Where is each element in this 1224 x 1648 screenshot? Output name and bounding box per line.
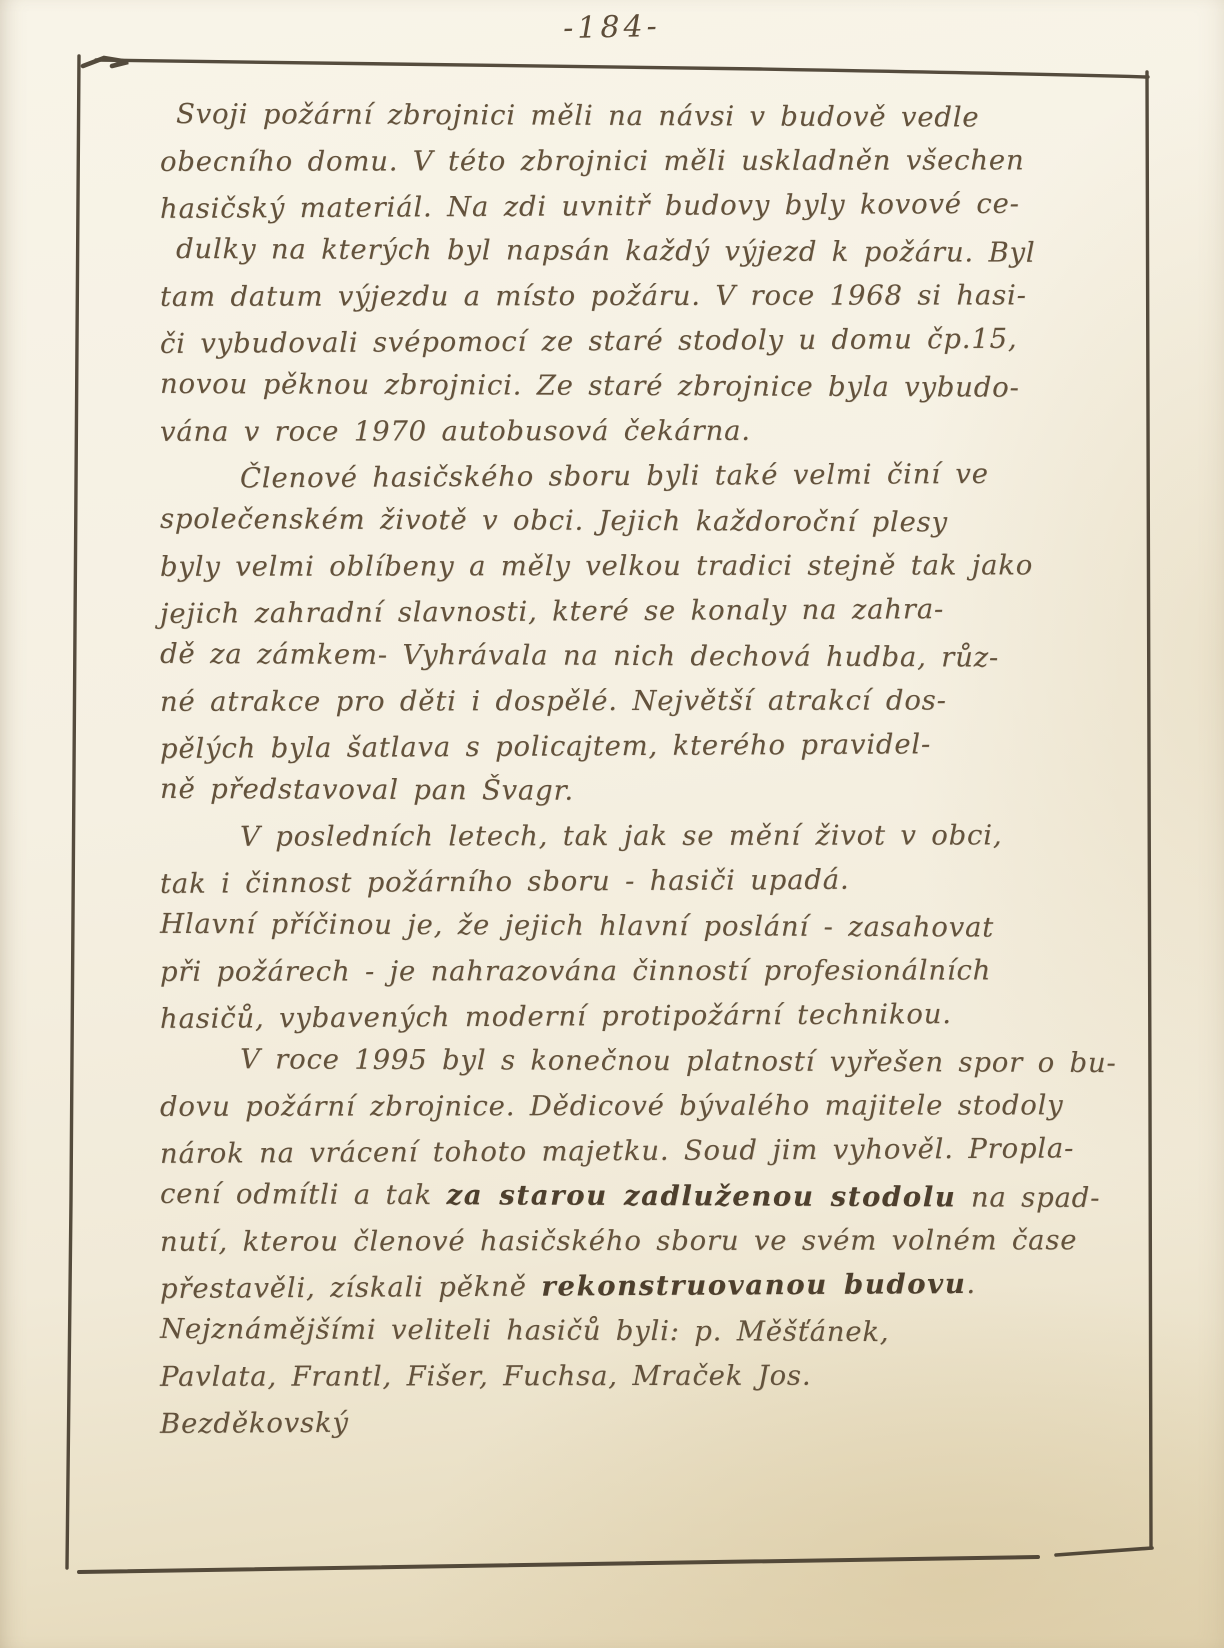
text-line: ně představoval pan Švagr. bbox=[160, 767, 1118, 816]
text-segment: ně představoval pan Švagr. bbox=[160, 773, 574, 807]
text-segment: byly velmi oblíbeny a měly velkou tradic… bbox=[160, 549, 1033, 583]
text-line: dě za zámkem- Vyhrávala na nich dechová … bbox=[160, 632, 1118, 681]
text-segment: Pavlata, Frantl, Fišer, Fuchsa, Mraček J… bbox=[160, 1360, 811, 1393]
text-line: při požárech - je nahrazována činností p… bbox=[160, 948, 1118, 995]
text-line: nárok na vrácení tohoto majetku. Soud ji… bbox=[160, 1126, 1118, 1177]
text-line: jejich zahradní slavnosti, které se kona… bbox=[160, 586, 1118, 637]
text-line: dulky na kterých byl napsán každý výjezd… bbox=[160, 227, 1118, 276]
handwritten-text: Svoji požární zbrojnici měli na návsi v … bbox=[160, 94, 1118, 1444]
text-line: Svoji požární zbrojnici měli na návsi v … bbox=[160, 92, 1118, 141]
text-line: hasičů, vybavených moderní protipožární … bbox=[160, 991, 1118, 1042]
text-line: hasičský materiál. Na zdi uvnitř budovy … bbox=[160, 181, 1118, 232]
text-segment: dě za zámkem- Vyhrávala na nich dechová … bbox=[160, 638, 999, 674]
text-line: vána v roce 1970 autobusová čekárna. bbox=[160, 408, 1118, 455]
text-line: V roce 1995 byl s konečnou platností vyř… bbox=[160, 1037, 1118, 1086]
text-line: byly velmi oblíbeny a měly velkou tradic… bbox=[160, 543, 1118, 590]
text-line: nutí, kterou členové hasičského sboru ve… bbox=[160, 1218, 1118, 1265]
text-segment: nutí, kterou členové hasičského sboru ve… bbox=[160, 1224, 1077, 1258]
text-segment: Svoji požární zbrojnici měli na návsi v … bbox=[176, 98, 980, 134]
text-line: pělých byla šatlava s policajtem, kteréh… bbox=[160, 721, 1118, 772]
text-segment: . bbox=[966, 1268, 976, 1300]
text-segment: hasičský materiál. Na zdi uvnitř budovy … bbox=[160, 188, 1020, 225]
text-line: či vybudovali svépomocí ze staré stodoly… bbox=[160, 316, 1118, 367]
text-segment: společenském životě v obci. Jejich každo… bbox=[160, 503, 948, 538]
text-line: Členové hasičského sboru byli také velmi… bbox=[160, 451, 1118, 502]
text-segment: tak i činnost požárního sboru - hasiči u… bbox=[160, 864, 850, 900]
text-segment: při požárech - je nahrazována činností p… bbox=[160, 954, 991, 987]
text-line: V posledních letech, tak jak se mění živ… bbox=[160, 813, 1118, 860]
text-line: tam datum výjezdu a místo požáru. V roce… bbox=[160, 273, 1118, 320]
text-segment: cení odmítli a tak bbox=[160, 1178, 447, 1211]
text-segment: pělých byla šatlava s policajtem, kteréh… bbox=[160, 728, 931, 765]
emphasized-text: za starou zadluženou stodolu bbox=[446, 1179, 956, 1213]
text-line: přestavěli, získali pěkně rekonstruovano… bbox=[160, 1261, 1118, 1312]
text-segment: či vybudovali svépomocí ze staré stodoly… bbox=[160, 323, 1018, 360]
text-line: dovu požární zbrojnice. Dědicové bývaléh… bbox=[160, 1083, 1118, 1130]
text-segment: V roce 1995 byl s konečnou platností vyř… bbox=[240, 1043, 1117, 1079]
text-segment: Bezděkovský bbox=[160, 1407, 349, 1440]
text-line: obecního domu. V této zbrojnici měli usk… bbox=[160, 138, 1118, 185]
text-segment: Členové hasičského sboru byli také velmi… bbox=[240, 458, 989, 495]
text-line: Pavlata, Frantl, Fišer, Fuchsa, Mraček J… bbox=[160, 1353, 1118, 1400]
text-line: Nejznámějšími veliteli hasičů byli: p. M… bbox=[160, 1307, 1118, 1356]
text-line: Bezděkovský bbox=[160, 1396, 1118, 1447]
text-line: né atrakce pro děti i dospělé. Největší … bbox=[160, 678, 1118, 725]
text-segment: dulky na kterých byl napsán každý výjezd… bbox=[176, 233, 1036, 269]
emphasized-text: rekonstruovanou budovu bbox=[541, 1268, 966, 1303]
text-line: cení odmítli a tak za starou zadluženou … bbox=[160, 1172, 1118, 1221]
text-segment: dovu požární zbrojnice. Dědicové bývaléh… bbox=[160, 1089, 1064, 1123]
text-line: Hlavní příčinou je, že jejich hlavní pos… bbox=[160, 902, 1118, 951]
text-segment: novou pěknou zbrojnici. Ze staré zbrojni… bbox=[160, 368, 1020, 404]
text-segment: na spad- bbox=[956, 1181, 1100, 1214]
text-segment: jejich zahradní slavnosti, které se kona… bbox=[160, 593, 944, 630]
text-segment: hasičů, vybavených moderní protipožární … bbox=[160, 998, 952, 1035]
text-segment: nárok na vrácení tohoto majetku. Soud ji… bbox=[160, 1132, 1074, 1170]
text-segment: přestavěli, získali pěkně bbox=[160, 1271, 542, 1305]
text-segment: Nejznámějšími veliteli hasičů byli: p. M… bbox=[160, 1313, 890, 1348]
text-line: tak i činnost požárního sboru - hasiči u… bbox=[160, 856, 1118, 907]
text-segment: vána v roce 1970 autobusová čekárna. bbox=[160, 415, 751, 448]
text-line: společenském životě v obci. Jejich každo… bbox=[160, 497, 1118, 546]
text-segment: tam datum výjezdu a místo požáru. V roce… bbox=[160, 279, 1027, 313]
text-segment: obecního domu. V této zbrojnici měli usk… bbox=[160, 144, 1025, 178]
text-segment: V posledních letech, tak jak se mění živ… bbox=[240, 819, 1002, 852]
text-segment: né atrakce pro děti i dospělé. Největší … bbox=[160, 684, 947, 717]
text-segment: Hlavní příčinou je, že jejich hlavní pos… bbox=[160, 908, 994, 944]
scanned-document: { "page": { "number": "-184-", "language… bbox=[0, 0, 1224, 1648]
text-line: novou pěknou zbrojnici. Ze staré zbrojni… bbox=[160, 362, 1118, 411]
